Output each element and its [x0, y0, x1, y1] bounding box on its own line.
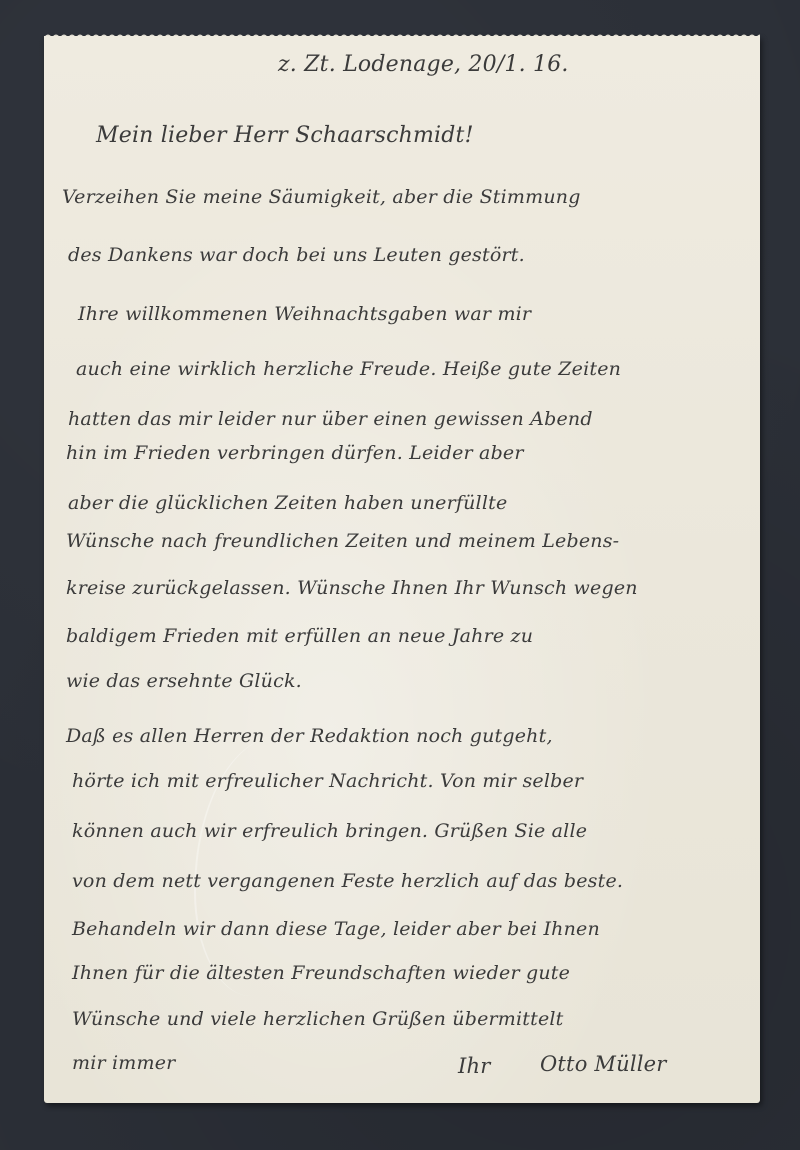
- body-line: von dem nett vergangenen Feste herzlich …: [72, 870, 623, 892]
- body-line: hörte ich mit erfreulicher Nachricht. Vo…: [72, 770, 583, 792]
- body-line: Verzeihen Sie meine Säumigkeit, aber die…: [62, 186, 581, 208]
- place-date-header: z. Zt. Lodenage, 20/1. 16.: [278, 52, 569, 77]
- body-line: baldigem Frieden mit erfüllen an neue Ja…: [66, 625, 533, 647]
- body-line: Wünsche nach freundlichen Zeiten und mei…: [66, 530, 619, 552]
- body-line: wie das ersehnte Glück.: [66, 670, 302, 692]
- body-line: Behandeln wir dann diese Tage, leider ab…: [72, 918, 600, 940]
- body-line: können auch wir erfreulich bringen. Grüß…: [72, 820, 587, 842]
- body-line: Daß es allen Herren der Redaktion noch g…: [66, 725, 553, 747]
- salutation: Mein lieber Herr Schaarschmidt!: [96, 123, 474, 148]
- closing: Ihr: [458, 1054, 490, 1078]
- body-line: hatten das mir leider nur über einen gew…: [68, 408, 593, 430]
- body-line: mir immer: [72, 1052, 175, 1074]
- body-line: hin im Frieden verbringen dürfen. Leider…: [66, 442, 524, 464]
- body-line: Ihre willkommenen Weihnachtsgaben war mi…: [78, 303, 531, 325]
- signature: Otto Müller: [540, 1052, 667, 1076]
- body-line: auch eine wirklich herzliche Freude. Hei…: [76, 358, 621, 380]
- body-line: Ihnen für die ältesten Freundschaften wi…: [72, 962, 570, 984]
- body-line: kreise zurückgelassen. Wünsche Ihnen Ihr…: [66, 577, 638, 599]
- body-line: des Dankens war doch bei uns Leuten gest…: [68, 244, 525, 266]
- body-line: Wünsche und viele herzlichen Grüßen über…: [72, 1008, 564, 1030]
- body-line: aber die glücklichen Zeiten haben unerfü…: [68, 492, 507, 514]
